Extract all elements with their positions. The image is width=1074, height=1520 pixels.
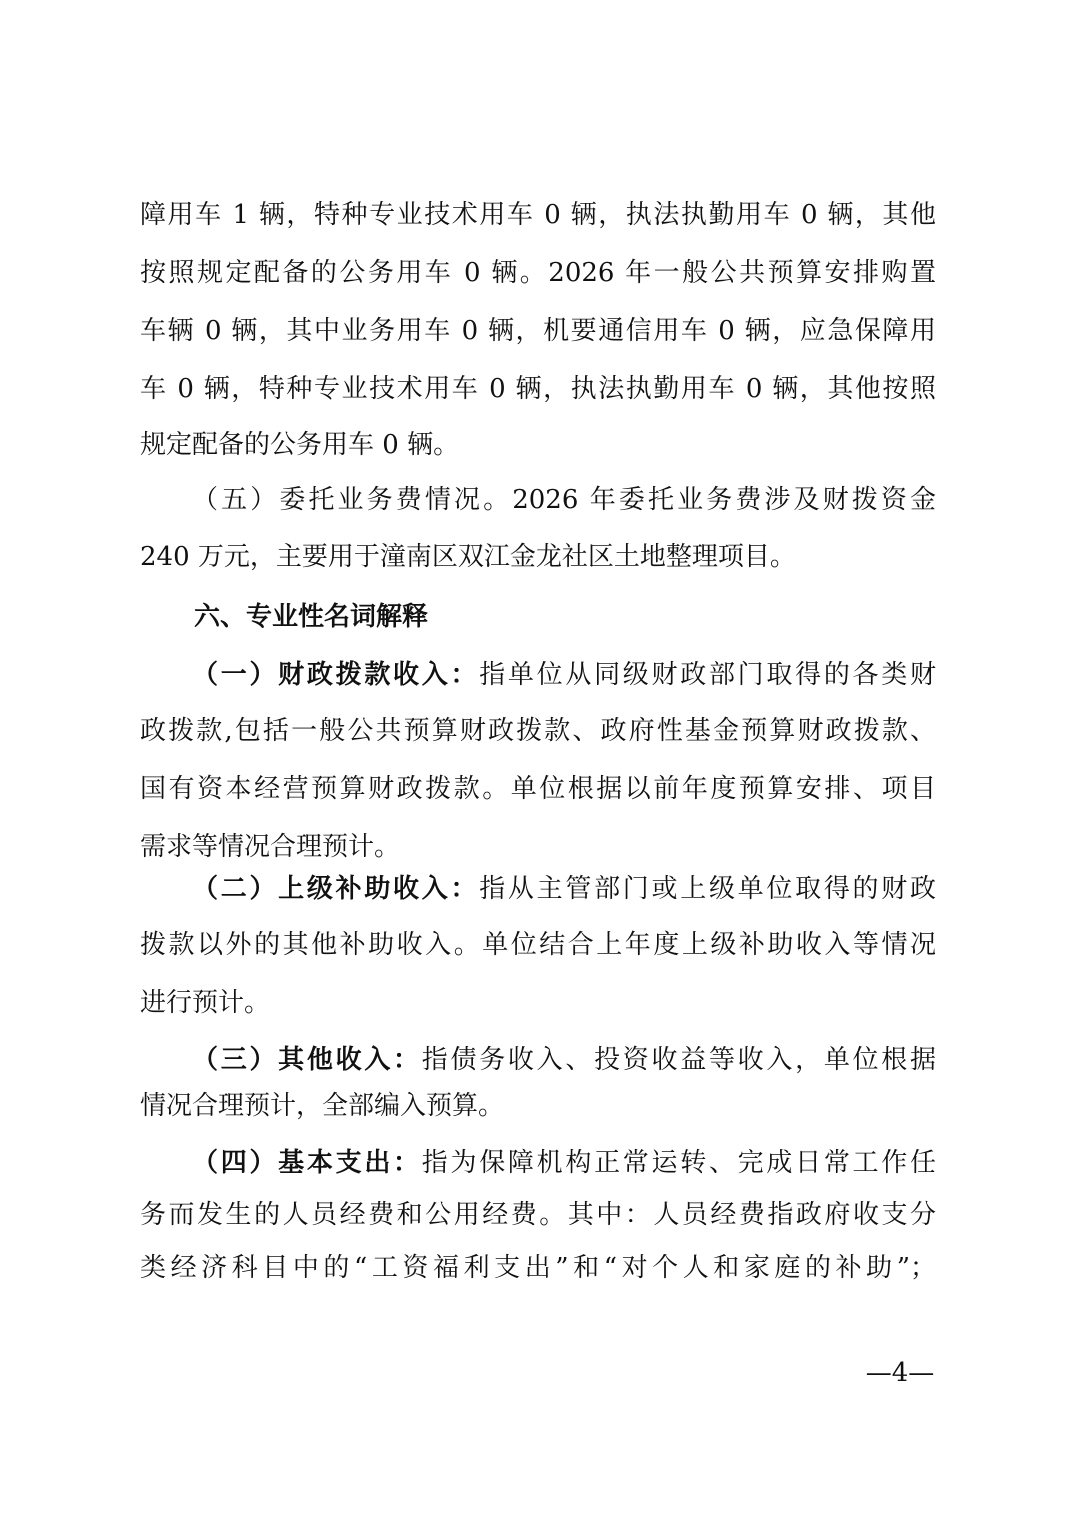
term-line: 进行预计。 bbox=[140, 986, 936, 1020]
term-first-line: （三）其他收入：指债务收入、投资收益等收入，单位根据 bbox=[192, 1043, 936, 1077]
term-line: 情况合理预计，全部编入预算。 bbox=[140, 1089, 936, 1123]
term-line: 需求等情况合理预计。 bbox=[140, 830, 936, 864]
term-definition: 指从主管部门或上级单位取得的财政 bbox=[479, 874, 936, 904]
term-first-line: （二）上级补助收入：指从主管部门或上级单位取得的财政 bbox=[192, 872, 936, 906]
term-label: （二）上级补助收入： bbox=[192, 874, 479, 904]
section-five-first-line: （五）委托业务费情况。2026 年委托业务费涉及财拨资金 bbox=[192, 483, 936, 517]
document-page: 障用车 1 辆，特种专业技术用车 0 辆，执法执勤用车 0 辆，其他 按照规定配… bbox=[0, 0, 1074, 1520]
term-line: 类经济科目中的“工资福利支出”和“对个人和家庭的补助”； bbox=[140, 1251, 936, 1285]
term-first-line: （一）财政拨款收入：指单位从同级财政部门取得的各类财 bbox=[192, 658, 936, 692]
paragraph-line: 规定配备的公务用车 0 辆。 bbox=[140, 428, 936, 462]
term-first-line: （四）基本支出：指为保障机构正常运转、完成日常工作任 bbox=[192, 1146, 936, 1180]
term-line: 国有资本经营预算财政拨款。单位根据以前年度预算安排、项目 bbox=[140, 772, 936, 806]
section-five-second-line: 240 万元，主要用于潼南区双江金龙社区土地整理项目。 bbox=[140, 540, 936, 574]
term-line: 拨款以外的其他补助收入。单位结合上年度上级补助收入等情况 bbox=[140, 928, 936, 962]
paragraph-line: 车 0 辆，特种专业技术用车 0 辆，执法执勤用车 0 辆，其他按照 bbox=[140, 372, 936, 406]
paragraph-line: 按照规定配备的公务用车 0 辆。2026 年一般公共预算安排购置 bbox=[140, 256, 936, 290]
term-label: （四）基本支出： bbox=[192, 1148, 422, 1178]
term-definition: 指债务收入、投资收益等收入，单位根据 bbox=[422, 1045, 936, 1075]
term-definition: 指为保障机构正常运转、完成日常工作任 bbox=[422, 1148, 936, 1178]
section-heading: 六、专业性名词解释 bbox=[194, 600, 428, 634]
term-line: 政拨款,包括一般公共预算财政拨款、政府性基金预算财政拨款、 bbox=[140, 714, 936, 748]
term-definition: 指单位从同级财政部门取得的各类财 bbox=[479, 660, 936, 690]
term-label: （三）其他收入： bbox=[192, 1045, 422, 1075]
section-five-label: （五）委托业务费情况。 bbox=[192, 485, 512, 515]
section-five-text: 2026 年委托业务费涉及财拨资金 bbox=[512, 485, 936, 515]
term-label: （一）财政拨款收入： bbox=[192, 660, 479, 690]
paragraph-line: 障用车 1 辆，特种专业技术用车 0 辆，执法执勤用车 0 辆，其他 bbox=[140, 198, 936, 232]
paragraph-line: 车辆 0 辆，其中业务用车 0 辆，机要通信用车 0 辆，应急保障用 bbox=[140, 314, 936, 348]
page-number: —4— bbox=[862, 1356, 938, 1390]
term-line: 务而发生的人员经费和公用经费。其中：人员经费指政府收支分 bbox=[140, 1198, 936, 1232]
